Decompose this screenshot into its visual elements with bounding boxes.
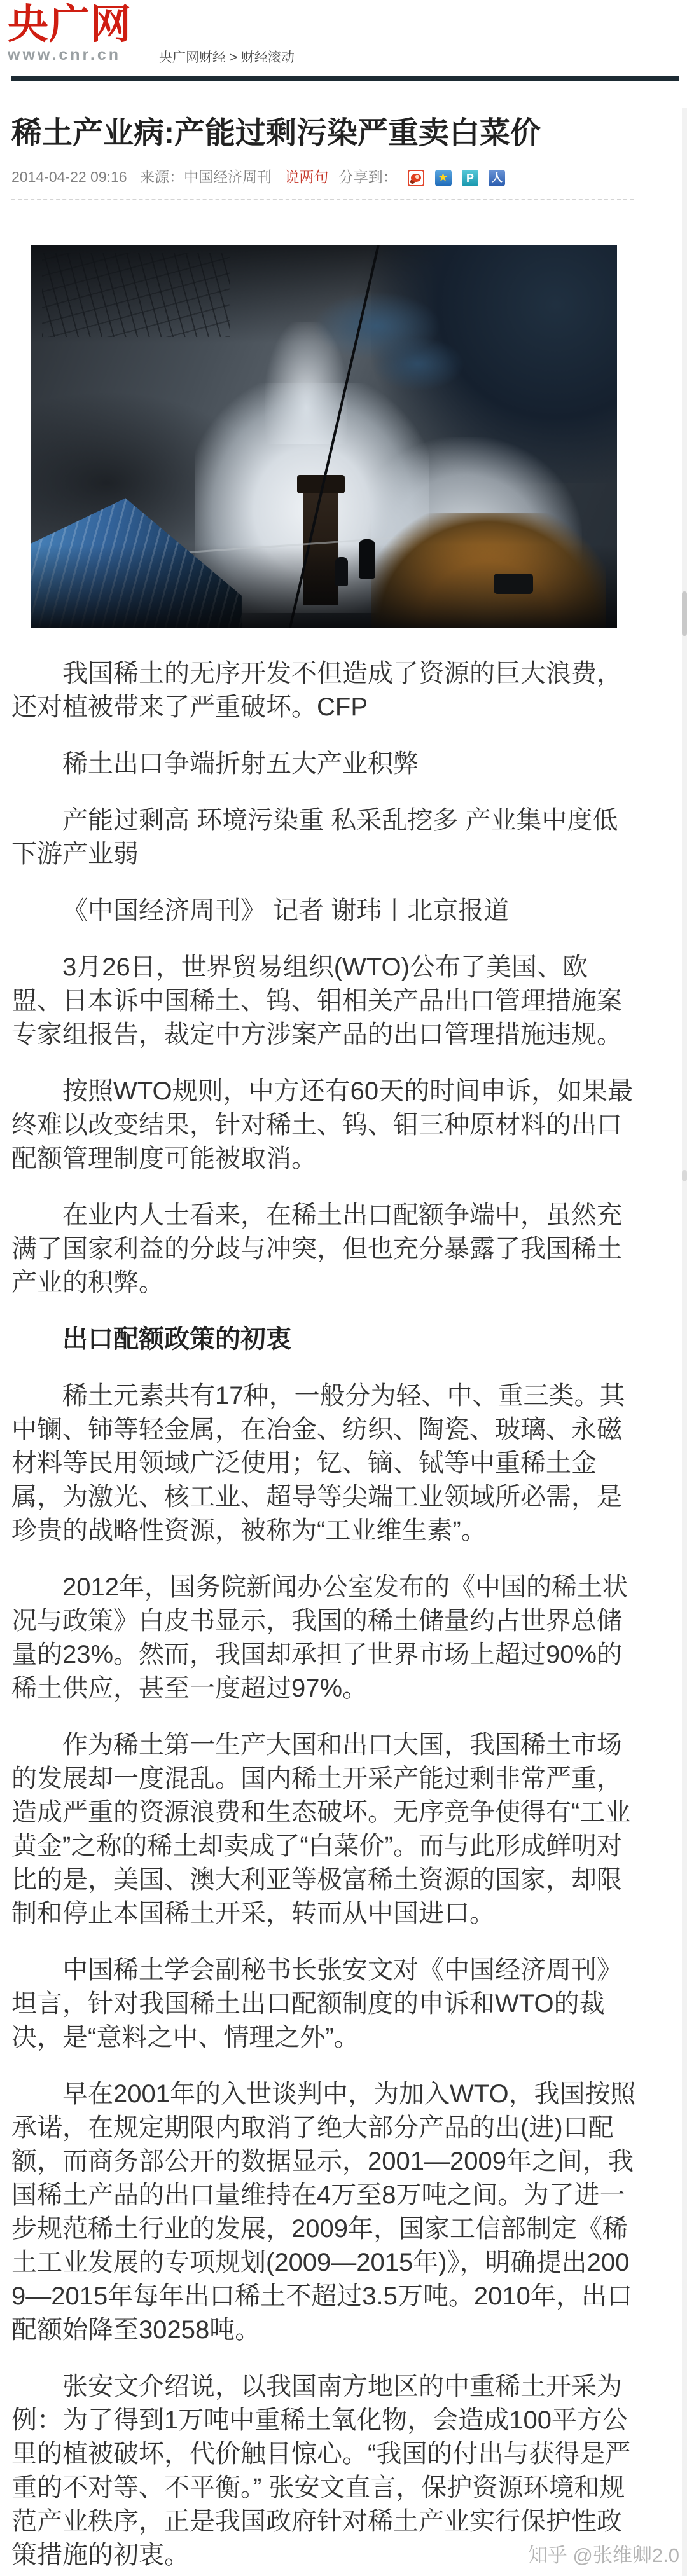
breadcrumb[interactable]: 央广网财经 > 财经滚动: [159, 47, 295, 66]
cnr-logo-url: www.cnr.cn: [8, 46, 132, 64]
qzone-icon[interactable]: ★: [435, 170, 452, 186]
article-paragraph: 3月26日，世界贸易组织(WTO)公布了美国、欧盟、日本诉中国稀土、钨、钼相关产…: [11, 951, 636, 1052]
photo-worker-silhouette-2: [335, 557, 348, 586]
article-photo: [31, 245, 617, 628]
article: 稀土产业病:产能过剩污染严重卖白菜价 2014-04-22 09:16 来源：中…: [11, 115, 636, 2572]
share-label: 分享到：: [339, 169, 398, 185]
article-paragraph: 2012年，国务院新闻办公室发布的《中国的稀土状况与政策》白皮书显示，我国的稀土…: [11, 1571, 636, 1705]
sina-weibo-icon[interactable]: [408, 170, 424, 186]
photo-worker-silhouette: [359, 539, 375, 579]
photo-scaffold: [42, 253, 230, 337]
article-paragraph: 稀土出口争端折射五大产业积弊: [11, 747, 636, 781]
article-paragraph: 出口配额政策的初衷: [11, 1323, 636, 1356]
publish-datetime: 2014-04-22 09:16: [11, 169, 127, 185]
paragraph-list: 稀土出口争端折射五大产业积弊产能过剩高 环境污染重 私采乱挖多 产业集中度低 下…: [11, 747, 636, 2572]
comment-link[interactable]: 说两句: [284, 169, 328, 185]
article-paragraph: 作为稀土第一生产大国和出口大国，我国稀土市场的发展却一度混乱。国内稀土开采产能过…: [11, 1728, 636, 1931]
renren-icon[interactable]: 人: [489, 170, 505, 186]
article-paragraph: 早在2001年的入世谈判中，为加入WTO，我国按照承诺，在规定期限内取消了绝大部…: [11, 2077, 636, 2347]
image-caption: 我国稀土的无序开发不但造成了资源的巨大浪费，还对植被带来了严重破坏。CFP: [11, 657, 636, 724]
article-paragraph: 按照WTO规则，中方还有60天的时间申诉，如果最终难以改变结果，针对稀土、钨、钼…: [11, 1075, 636, 1176]
article-paragraph: 《中国经济周刊》 记者 谢玮丨北京报道: [11, 894, 636, 928]
article-meta: 2014-04-22 09:16 来源：中国经济周刊 说两句 分享到： ★ P …: [11, 167, 636, 186]
article-paragraph: 稀土元素共有17种，一般分为轻、中、重三类。其中镧、铈等轻金属，在冶金、纺织、陶…: [11, 1379, 636, 1548]
page-title: 稀土产业病:产能过剩污染严重卖白菜价: [11, 115, 636, 152]
dashed-divider: [11, 199, 634, 200]
scrollbar-thumb[interactable]: [682, 591, 687, 636]
tencent-weibo-icon[interactable]: P: [462, 170, 478, 186]
cnr-logo-text: 央广网: [8, 4, 132, 45]
site-header: 央广网 www.cnr.cn 央广网财经 > 财经滚动: [0, 0, 687, 76]
article-paragraph: 在业内人士看来，在稀土出口配额争端中，虽然充满了国家利益的分歧与冲突，但也充分暴…: [11, 1199, 636, 1300]
cnr-logo[interactable]: 央广网 www.cnr.cn: [8, 4, 132, 64]
article-body: 我国稀土的无序开发不但造成了资源的巨大浪费，还对植被带来了严重破坏。CFP 稀土…: [11, 657, 636, 2572]
article-paragraph: 中国稀土学会副秘书长张安文对《中国经济周刊》坦言，针对我国稀土出口配额制度的申诉…: [11, 1953, 636, 2055]
article-paragraph: 产能过剩高 环境污染重 私采乱挖多 产业集中度低 下游产业弱: [11, 804, 636, 871]
zhihu-watermark: 知乎 @张维卿2.0: [528, 2539, 679, 2568]
scrollbar-track[interactable]: [682, 108, 687, 2576]
header-divider-bar: [11, 76, 679, 81]
article-source: 来源：中国经济周刊: [140, 169, 272, 185]
scrollbar-fragment: [682, 1170, 687, 1181]
photo-cart: [494, 574, 533, 594]
